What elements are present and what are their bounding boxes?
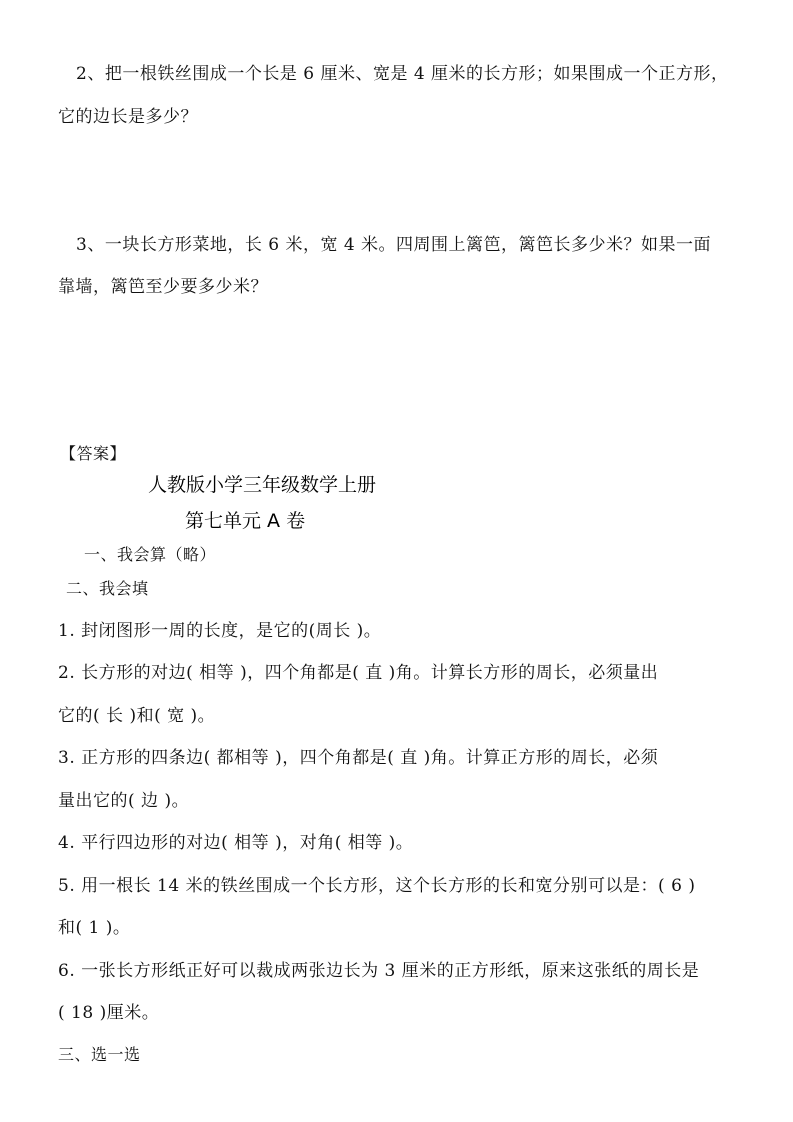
question-3-line-2: 靠墙，篱笆至少要多少米？: [58, 277, 268, 297]
answer-subtitle: 第七单元 A 卷: [185, 509, 305, 533]
section-3-heading: 三、选一选: [58, 1045, 141, 1065]
question-3-line-1: 3、一块长方形菜地，长 6 米，宽 4 米。四周围上篱笆，篱笆长多少米？如果一面: [76, 235, 711, 255]
answer-item-3-line-1: 3. 正方形的四条边( 都相等 )，四个角都是( 直 )角。计算正方形的周长，必…: [58, 748, 658, 768]
answer-item-3-line-2: 量出它的( 边 )。: [58, 791, 189, 811]
answer-item-6-line-1: 6. 一张长方形纸正好可以裁成两张边长为 3 厘米的正方形纸，原来这张纸的周长是: [58, 961, 699, 981]
answer-title: 人教版小学三年级数学上册: [148, 473, 376, 497]
answer-item-1-line-1: 1. 封闭图形一周的长度，是它的(周长 )。: [58, 621, 381, 641]
answer-item-4-line-1: 4. 平行四边形的对边( 相等 )，对角( 相等 )。: [58, 833, 413, 853]
section-2-heading: 二、我会填: [66, 579, 149, 599]
answer-header: 【答案】: [60, 444, 126, 464]
section-1-heading: 一、我会算（略）: [84, 545, 216, 565]
answer-item-2-line-2: 它的( 长 )和( 宽 )。: [58, 706, 215, 726]
answer-item-6-line-2: ( 18 )厘米。: [58, 1003, 159, 1023]
question-2-line-2: 它的边长是多少？: [58, 107, 198, 127]
answer-item-5-line-2: 和( 1 )。: [58, 918, 130, 938]
question-2-line-1: 2、把一根铁丝围成一个长是 6 厘米、宽是 4 厘米的长方形；如果围成一个正方形…: [76, 64, 729, 84]
answer-item-5-line-1: 5. 用一根长 14 米的铁丝围成一个长方形，这个长方形的长和宽分别可以是：( …: [58, 876, 695, 896]
answer-item-2-line-1: 2. 长方形的对边( 相等 )，四个角都是( 直 )角。计算长方形的周长，必须量…: [58, 663, 658, 683]
